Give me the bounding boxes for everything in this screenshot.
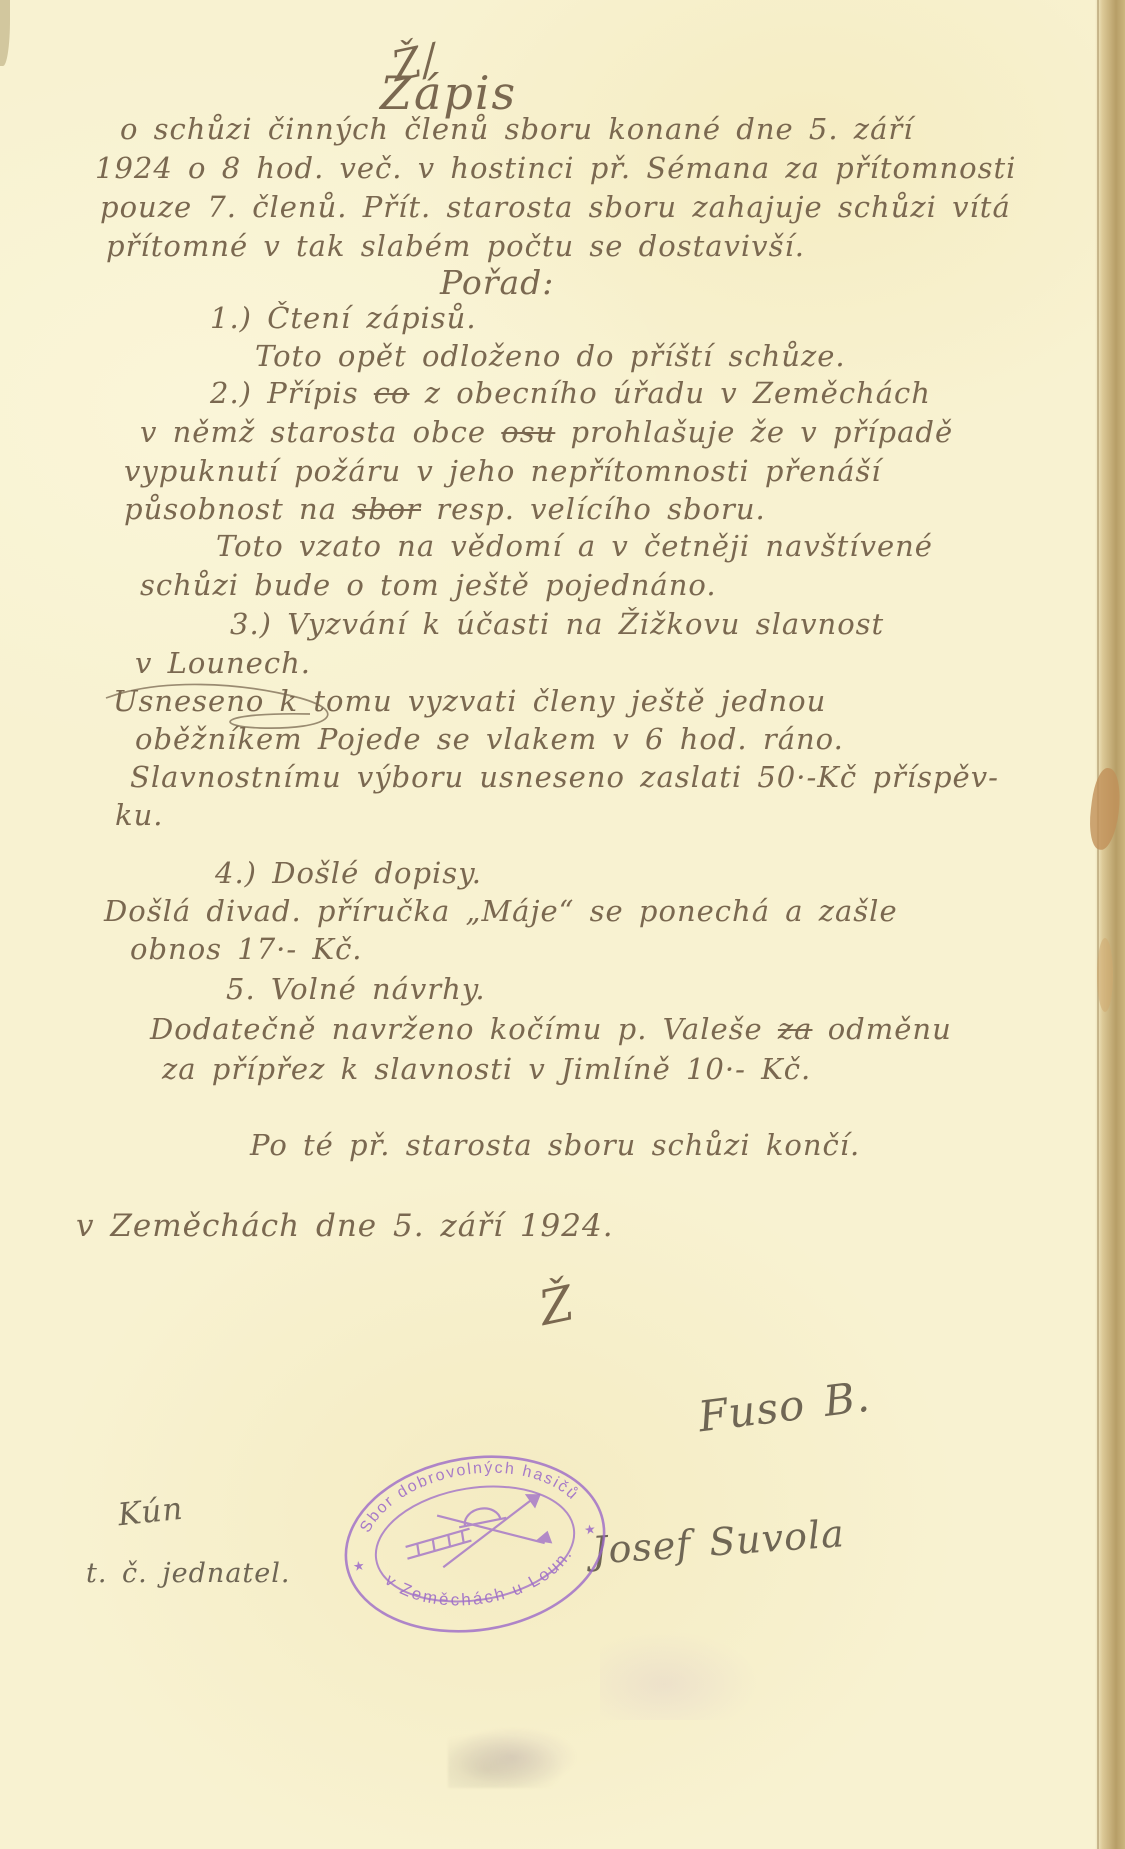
handwritten-line: Toto opět odloženo do příští schůze. bbox=[255, 339, 846, 374]
handwritten-line: v Lounech. bbox=[135, 646, 311, 681]
signature-right-2: Josef Suvola bbox=[591, 1511, 846, 1574]
handwritten-line: Usneseno k tomu vyzvati členy ještě jedn… bbox=[113, 684, 826, 719]
handwritten-line: oběžníkem Pojede se vlakem v 6 hod. ráno… bbox=[135, 722, 844, 757]
handwritten-line: Po té př. starosta sboru schůzi končí. bbox=[250, 1128, 860, 1163]
scanned-minutes-page: Ž/ Zápis o schůzi činných členů sboru ko… bbox=[0, 0, 1125, 1849]
dateline: v Zeměchách dne 5. září 1924. bbox=[76, 1208, 614, 1245]
handwritten-line: v němž starosta obce osu prohlašuje že v… bbox=[140, 415, 953, 450]
line-text: v němž starosta obce bbox=[140, 415, 501, 449]
handwritten-line: ku. bbox=[115, 798, 163, 833]
handwritten-line: 5. Volné návrhy. bbox=[226, 972, 486, 1007]
handwritten-line: vypuknutí požáru v jeho nepřítomnosti př… bbox=[124, 454, 882, 489]
signature-left: Kún bbox=[116, 1491, 185, 1535]
handwritten-line: 1.) Čtení zápisů. bbox=[210, 301, 477, 336]
handwritten-line: o schůzi činných členů sboru konané dne … bbox=[120, 112, 914, 147]
pen-flourish-signature: Ž bbox=[534, 1275, 580, 1338]
handwritten-line: Došlá divad. příručka „Máje“ se ponechá … bbox=[104, 894, 898, 929]
struck-text: sbor bbox=[352, 492, 421, 526]
line-text: vyzvati členy ještě jednou bbox=[393, 684, 827, 718]
faded-pencil-marks bbox=[448, 1726, 578, 1788]
signature-left-role: t. č. jednatel. bbox=[86, 1558, 290, 1590]
stamp-bottom-text: v Zeměchách u Loun. bbox=[379, 1542, 582, 1623]
handwritten-line: Dodatečně navrženo kočímu p. Valeše za o… bbox=[150, 1012, 952, 1047]
handwritten-line: přítomné v tak slabém počtu se dostavivš… bbox=[106, 229, 805, 264]
line-text: odměnu bbox=[812, 1012, 951, 1046]
paper-damage-patch bbox=[1097, 938, 1113, 1012]
handwritten-line: Slavnostnímu výboru usneseno zaslati 50·… bbox=[130, 760, 999, 795]
handwritten-line: obnos 17·- Kč. bbox=[130, 932, 363, 967]
firefighter-emblem bbox=[401, 1493, 552, 1573]
agenda-heading: Pořad: bbox=[440, 263, 554, 303]
handwritten-line: 4.) Došlé dopisy. bbox=[215, 856, 482, 891]
struck-text: osu bbox=[501, 415, 555, 449]
star-icon: ★ bbox=[583, 1521, 597, 1538]
handwritten-line: působnost na sbor resp. velícího sboru. bbox=[124, 492, 766, 527]
stamp-residue bbox=[600, 1630, 760, 1720]
line-text: z obecního úřadu v Zeměchách bbox=[410, 376, 931, 410]
line-text: prohlašuje že v případě bbox=[555, 415, 953, 449]
struck-text: za bbox=[778, 1012, 813, 1046]
paper-corner-shadow bbox=[0, 0, 10, 66]
line-text: 2.) Přípis bbox=[210, 376, 374, 410]
handwritten-line: za přípřez k slavnosti v Jimlíně 10·- Kč… bbox=[162, 1052, 811, 1087]
star-icon: ★ bbox=[352, 1558, 366, 1575]
handwritten-line: Toto vzato na vědomí a v četněji navštív… bbox=[216, 529, 933, 564]
page-right-edge bbox=[1095, 0, 1125, 1849]
page-edge-line bbox=[1097, 0, 1099, 1849]
handwritten-line: pouze 7. členů. Přít. starosta sboru zah… bbox=[100, 190, 1011, 225]
handwritten-line: 1924 o 8 hod. več. v hostinci př. Sémana… bbox=[95, 151, 1016, 186]
line-text: Dodatečně navrženo kočímu p. Valeše bbox=[150, 1012, 778, 1046]
struck-text: co bbox=[374, 376, 410, 410]
circled-text: Usneseno k tomu bbox=[113, 684, 393, 718]
handwritten-line: schůzi bude o tom ještě pojednáno. bbox=[140, 568, 717, 603]
signature-right-1: Fuso B. bbox=[696, 1372, 873, 1443]
rubber-stamp: Sbor dobrovolných hasičů v Zeměchách u L… bbox=[325, 1432, 624, 1657]
line-text: resp. velícího sboru. bbox=[421, 492, 766, 526]
handwritten-line: 2.) Přípis co z obecního úřadu v Zeměchá… bbox=[210, 376, 931, 411]
line-text: působnost na bbox=[124, 492, 352, 526]
handwritten-line: 3.) Vyzvání k účasti na Žižkovu slavnost bbox=[230, 607, 884, 642]
